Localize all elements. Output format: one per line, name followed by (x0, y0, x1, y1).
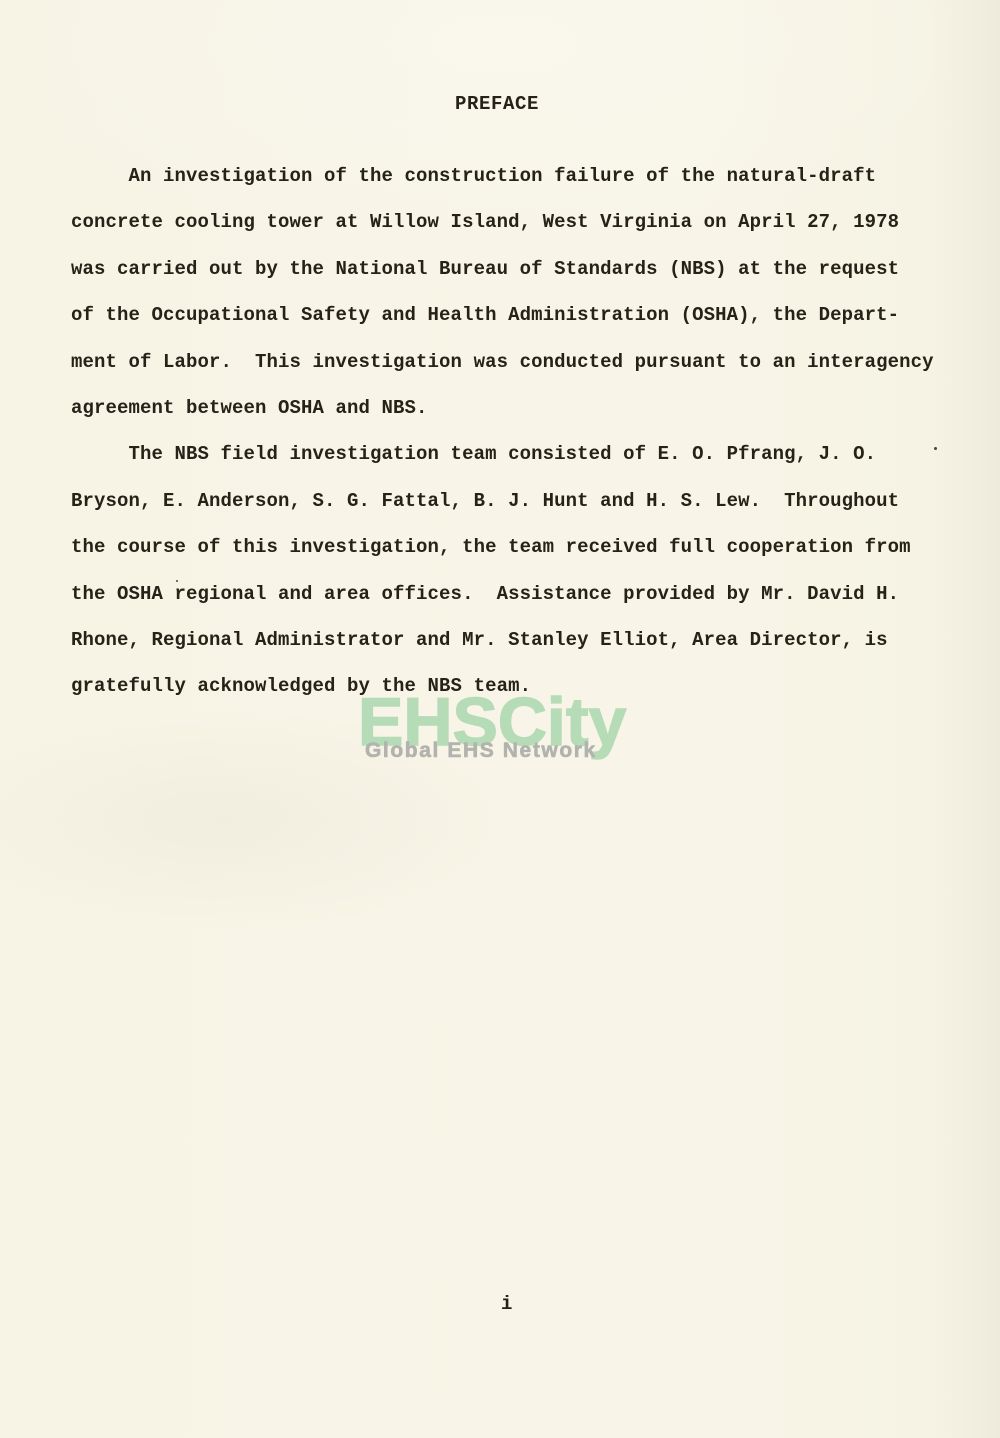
body-line: concrete cooling tower at Willow Island,… (71, 199, 951, 245)
body-line: gratefully acknowledged by the NBS team. (71, 663, 951, 709)
body-line: Rhone, Regional Administrator and Mr. St… (71, 617, 951, 663)
body-line: ment of Labor. This investigation was co… (71, 339, 951, 385)
body-line: the course of this investigation, the te… (71, 524, 951, 570)
page-title: PREFACE (455, 93, 539, 115)
body-line: An investigation of the construction fai… (71, 153, 951, 199)
scanned-document-page: EHSCity Global EHS Network PREFACE An in… (0, 0, 1000, 1438)
body-line: The NBS field investigation team consist… (71, 431, 951, 477)
page-number: i (501, 1293, 512, 1315)
document-body: An investigation of the construction fai… (71, 153, 951, 710)
body-line: Bryson, E. Anderson, S. G. Fattal, B. J.… (71, 478, 951, 524)
body-line: the OSHA regional and area offices. Assi… (71, 571, 951, 617)
body-line: was carried out by the National Bureau o… (71, 246, 951, 292)
body-line: of the Occupational Safety and Health Ad… (71, 292, 951, 338)
ehscity-tagline: Global EHS Network (365, 739, 597, 763)
body-line: agreement between OSHA and NBS. (71, 385, 951, 431)
